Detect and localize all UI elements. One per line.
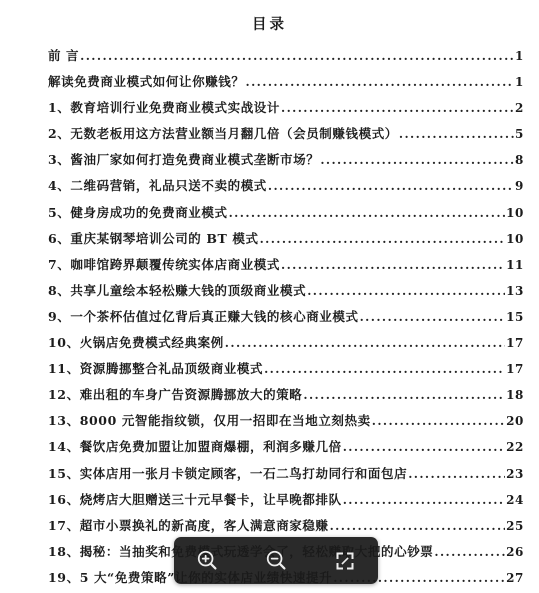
toc-entry-label: 9、一个茶杯估值过亿背后真正赚大钱的核心商业模式 (48, 304, 359, 330)
zoom-out-button[interactable] (262, 546, 291, 575)
toc-entry-page: 17 (506, 356, 524, 382)
dot-leader (80, 43, 514, 69)
toc-entry-page: 1 (515, 69, 524, 95)
toc-entry-page: 10 (506, 226, 524, 252)
dot-leader (343, 434, 505, 460)
toc-entry: 2、无数老板用这方法营业额当月翻几倍（会员制赚钱模式） 5 (48, 121, 524, 147)
toc-entry-label: 11、资源腾挪整合礼品顶级商业模式 (48, 356, 263, 382)
page-title: 目录 (0, 13, 539, 34)
toc-entry-page: 2 (515, 95, 524, 121)
toc-entry: 11、资源腾挪整合礼品顶级商业模式 17 (48, 356, 524, 382)
toc-entry: 17、超市小票换礼的新高度，客人满意商家稳赚 25 (48, 513, 524, 539)
toc-entry: 前 言 1 (48, 43, 524, 69)
dot-leader (434, 539, 505, 565)
dot-leader (246, 69, 515, 95)
toc-entry: 8、共享儿童绘本轻松赚大钱的顶级商业模式 13 (48, 278, 524, 304)
viewer-toolbar (174, 537, 378, 584)
dot-leader (281, 252, 505, 278)
toc-entry-page: 23 (506, 461, 524, 487)
toc-entry-page: 9 (515, 173, 524, 199)
toc-entry: 9、一个茶杯估值过亿背后真正赚大钱的核心商业模式 15 (48, 304, 524, 330)
toc-entry-page: 25 (506, 513, 524, 539)
toc-entry-page: 18 (506, 382, 524, 408)
toc-entry: 6、重庆某钢琴培训公司的 BT 模式 10 (48, 226, 524, 252)
toc-entry: 13、8000 元智能指纹锁，仅用一招即在当地立刻热卖 20 (48, 408, 524, 434)
dot-leader (229, 200, 505, 226)
expand-corners-icon (333, 549, 357, 573)
magnifier-minus-icon (264, 548, 289, 573)
toc-entry: 5、健身房成功的免费商业模式 10 (48, 200, 524, 226)
toc-entry-label: 12、难出租的车身广告资源腾挪放大的策略 (48, 382, 302, 408)
zoom-in-button[interactable] (193, 546, 222, 575)
toc-entry-label: 14、餐饮店免费加盟让加盟商爆棚，利润多赚几倍 (48, 434, 342, 460)
toc-entry-label: 8、共享儿童绘本轻松赚大钱的顶级商业模式 (48, 278, 306, 304)
toc-entry: 15、实体店用一张月卡锁定顾客，一石二鸟打劫同行和面包店 23 (48, 461, 524, 487)
toc-entry-page: 24 (506, 487, 524, 513)
dot-leader (320, 147, 514, 173)
toc-entry: 3、酱油厂家如何打造免费商业模式垄断市场？ 8 (48, 147, 524, 173)
toc-entry-page: 20 (506, 408, 524, 434)
dot-leader (399, 121, 514, 147)
dot-leader (264, 356, 505, 382)
dot-leader (281, 95, 514, 121)
dot-leader (343, 487, 505, 513)
toc-entry-label: 16、烧烤店大胆赠送三十元早餐卡，让早晚都排队 (48, 487, 342, 513)
toc-entry-page: 15 (506, 304, 524, 330)
toc-entry-page: 1 (515, 43, 524, 69)
toc-entry-page: 10 (506, 200, 524, 226)
toc-entry-page: 26 (506, 539, 524, 565)
dot-leader (225, 330, 505, 356)
dot-leader (372, 408, 505, 434)
dot-leader (268, 173, 514, 199)
toc-entry-label: 15、实体店用一张月卡锁定顾客，一石二鸟打劫同行和面包店 (48, 461, 407, 487)
toc-entry-label: 13、8000 元智能指纹锁，仅用一招即在当地立刻热卖 (48, 408, 371, 434)
toc-entry-page: 11 (506, 252, 524, 278)
toc-entry-label: 解读免费商业模式如何让你赚钱？ (48, 69, 245, 95)
dot-leader (330, 513, 505, 539)
toc-entry-page: 8 (515, 147, 524, 173)
toc-entry-label: 前 言 (48, 43, 79, 69)
dot-leader (408, 461, 505, 487)
toc-entry: 14、餐饮店免费加盟让加盟商爆棚，利润多赚几倍 22 (48, 434, 524, 460)
toc-entry: 1、教育培训行业免费商业模式实战设计 2 (48, 95, 524, 121)
toc-entry-label: 17、超市小票换礼的新高度，客人满意商家稳赚 (48, 513, 329, 539)
toc-entry-page: 22 (506, 434, 524, 460)
toc-entry: 4、二维码营销，礼品只送不卖的模式 9 (48, 173, 524, 199)
magnifier-plus-icon (195, 548, 220, 573)
toc-entry-label: 6、重庆某钢琴培训公司的 BT 模式 (48, 226, 259, 252)
dot-leader (307, 278, 505, 304)
toc-entry: 解读免费商业模式如何让你赚钱？ 1 (48, 69, 524, 95)
toc-entry-label: 2、无数老板用这方法营业额当月翻几倍（会员制赚钱模式） (48, 121, 398, 147)
fullscreen-button[interactable] (331, 547, 359, 575)
toc-entry-label: 1、教育培训行业免费商业模式实战设计 (48, 95, 280, 121)
toc-entry: 7、咖啡馆跨界颠覆传统实体店商业模式 11 (48, 252, 524, 278)
toc-entry: 16、烧烤店大胆赠送三十元早餐卡，让早晚都排队 24 (48, 487, 524, 513)
document-page: 目录 前 言 1 解读免费商业模式如何让你赚钱？ 1 1、教育培训行业免费商业模… (0, 0, 539, 593)
toc-entry-label: 5、健身房成功的免费商业模式 (48, 200, 228, 226)
toc-entry: 12、难出租的车身广告资源腾挪放大的策略 18 (48, 382, 524, 408)
toc-entry-label: 10、火锅店免费模式经典案例 (48, 330, 224, 356)
dot-leader (260, 226, 506, 252)
dot-leader (303, 382, 505, 408)
dot-leader (360, 304, 505, 330)
toc-entry-page: 5 (515, 121, 524, 147)
toc-entry-page: 13 (506, 278, 524, 304)
toc-entry-page: 17 (506, 330, 524, 356)
toc-entry-label: 7、咖啡馆跨界颠覆传统实体店商业模式 (48, 252, 280, 278)
toc-entry: 10、火锅店免费模式经典案例 17 (48, 330, 524, 356)
toc-list: 前 言 1 解读免费商业模式如何让你赚钱？ 1 1、教育培训行业免费商业模式实战… (48, 43, 524, 591)
toc-entry-label: 4、二维码营销，礼品只送不卖的模式 (48, 173, 267, 199)
toc-entry-page: 27 (506, 565, 524, 591)
toc-entry-label: 3、酱油厂家如何打造免费商业模式垄断市场？ (48, 147, 319, 173)
